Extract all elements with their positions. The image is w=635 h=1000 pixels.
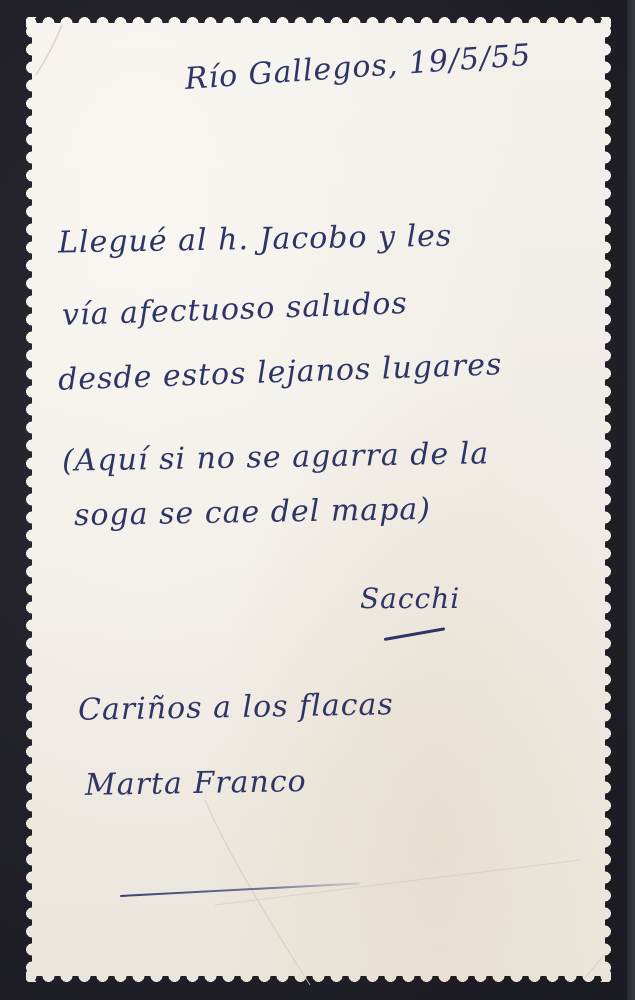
signature: Sacchi: [360, 582, 460, 615]
body-line: Llegué al h. Jacobo y les: [58, 219, 453, 261]
body-line: (Aquí si no se agarra de la: [62, 436, 490, 478]
body-line: soga se cae del mapa): [74, 492, 432, 533]
postscript-line: Cariños a los flacas: [78, 687, 394, 728]
postscript-line: Marta Franco: [85, 764, 307, 803]
background-edge: [627, 0, 635, 1000]
